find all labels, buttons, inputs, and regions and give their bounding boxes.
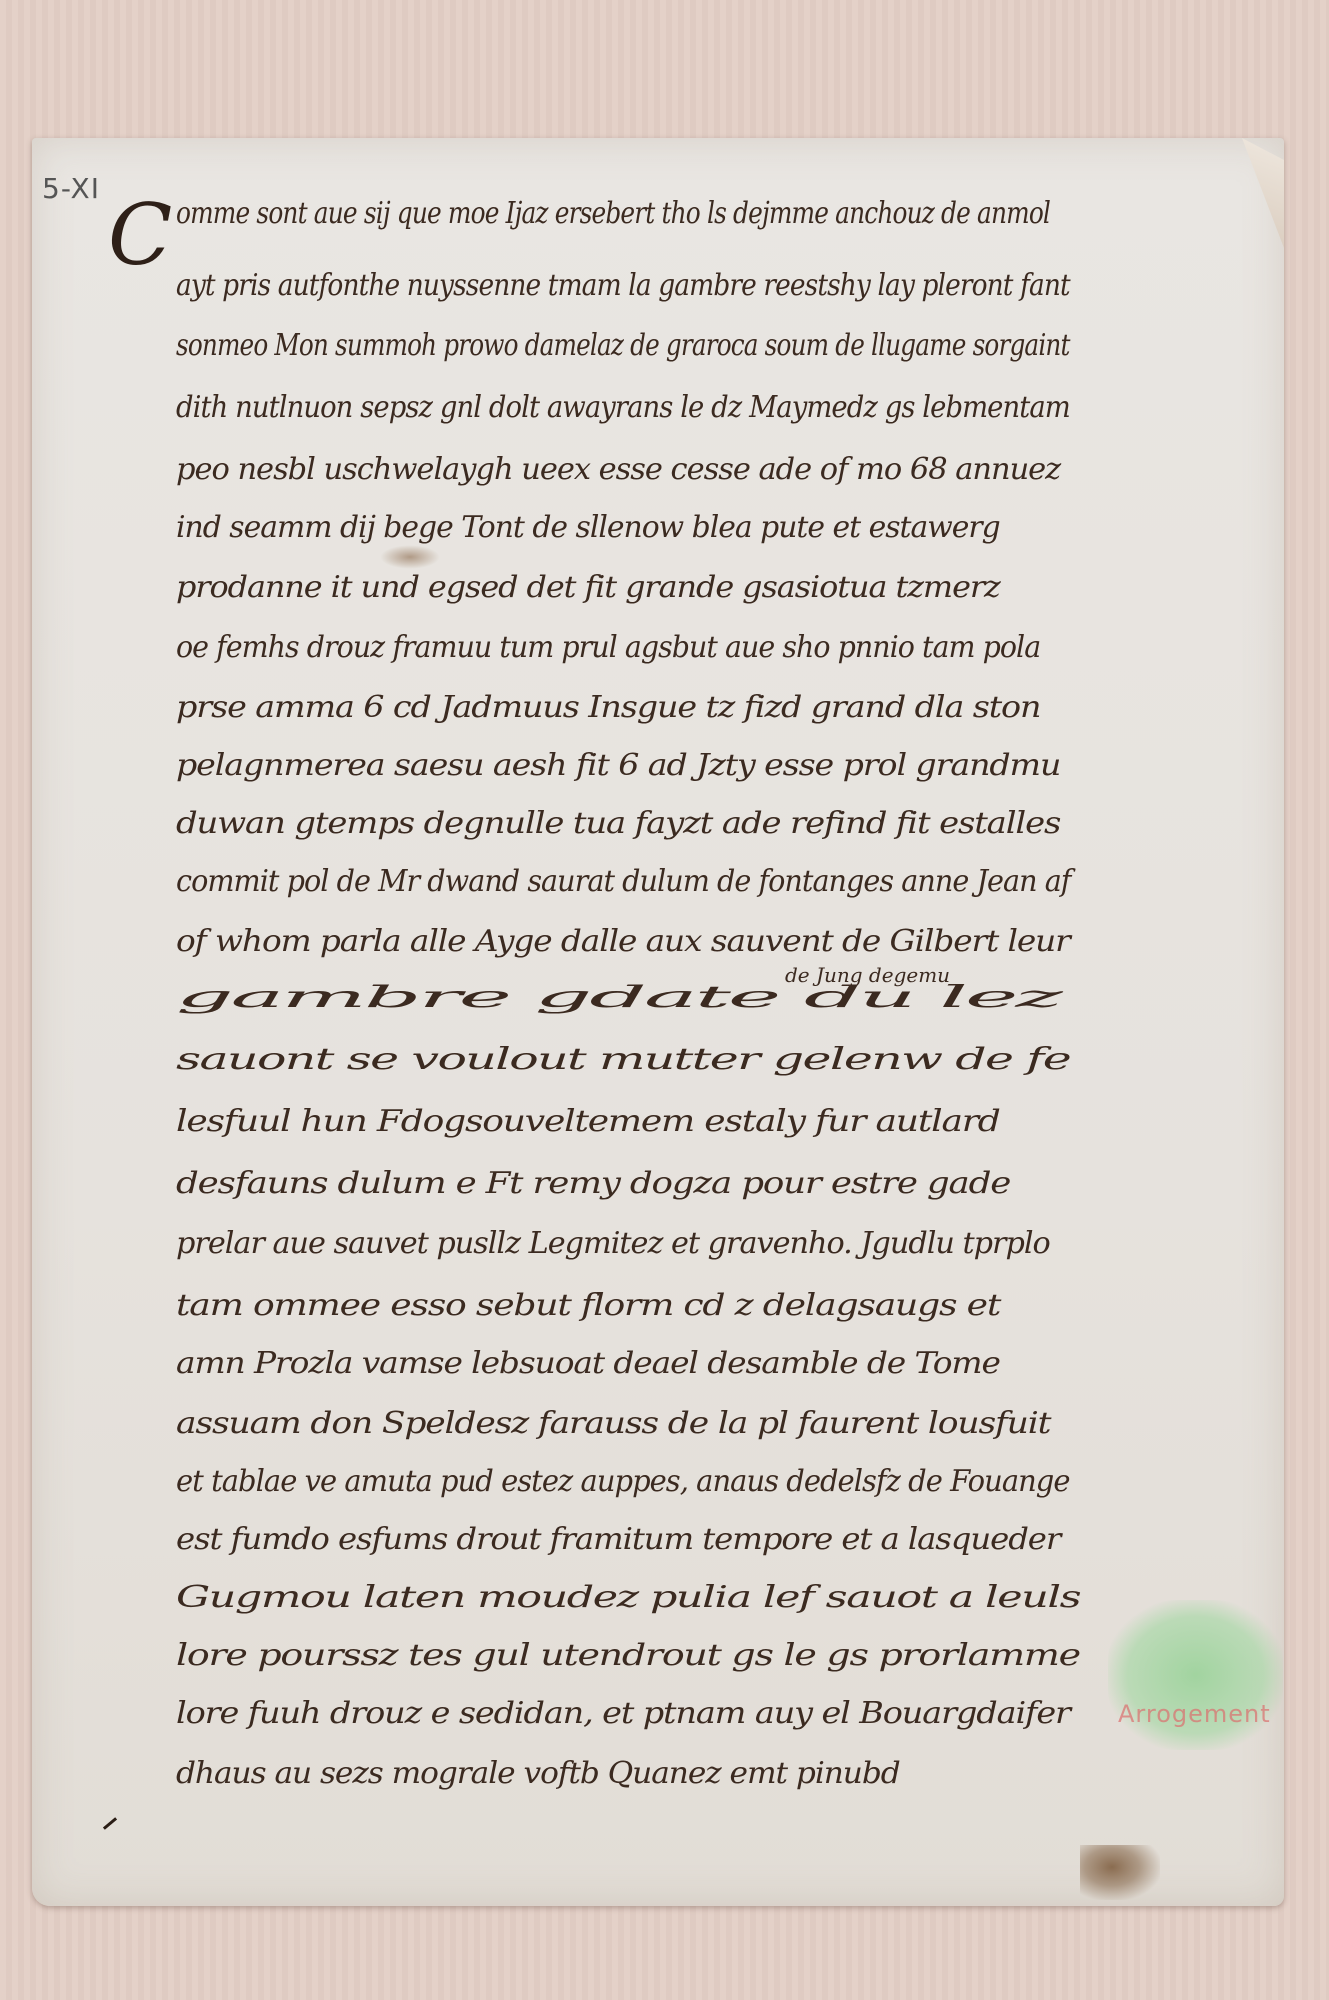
initial-letter: C — [108, 186, 172, 284]
manuscript-line: amn Prozla vamse lebsuoat deael desamble… — [176, 1346, 1000, 1381]
manuscript-line: pelagnmerea saesu aesh fit 6 ad Jzty ess… — [176, 748, 1060, 783]
stamp-text: Arrogement — [1118, 1700, 1271, 1728]
manuscript-line: ayt pris autfonthe nuyssenne tmam la gam… — [176, 268, 1070, 303]
manuscript-line: commit pol de Mr dwand saurat dulum de f… — [176, 864, 1070, 899]
manuscript-line: et tablae ve amuta pud estez auppes, ana… — [176, 1464, 1070, 1499]
paper-stain — [380, 545, 440, 569]
interlinear-insertion: de Jung degemu — [785, 963, 950, 987]
manuscript-line: est fumdo esfums drout framitum tempore … — [176, 1522, 1060, 1557]
manuscript-line: Gugmou laten moudez pulia lef sauot a le… — [176, 1580, 1080, 1615]
manuscript-line: prelar aue sauvet pusllz Legmitez et gra… — [176, 1226, 1050, 1261]
manuscript-line: dhaus au sezs mograle voftb Quanez emt p… — [176, 1756, 900, 1791]
manuscript-line: oe femhs drouz framuu tum prul agsbut au… — [176, 630, 1040, 665]
manuscript-line: lore pourssz tes gul utendrout gs le gs … — [176, 1638, 1080, 1673]
manuscript-line: assuam don Speldesz farauss de la pl fau… — [176, 1406, 1050, 1441]
manuscript-line: prse amma 6 cd Jadmuus Insgue tz fizd gr… — [176, 690, 1040, 725]
manuscript-line: peo nesbl uschwelaygh ueex esse cesse ad… — [176, 452, 1060, 487]
manuscript-line: dith nutlnuon sepsz gnl dolt awayrans le… — [176, 390, 1070, 425]
manuscript-line: tam ommee esso sebut florm cd z delagsau… — [176, 1288, 1000, 1323]
manuscript-line: duwan gtemps degnulle tua fayzt ade refi… — [176, 806, 1060, 841]
manuscript-line: sauont se voulout mutter gelenw de fe — [176, 1042, 1070, 1077]
archive-mark: 5-XI — [42, 172, 100, 205]
manuscript-line: lesfuul hun Fdogsouveltemem estaly fur a… — [176, 1104, 1000, 1139]
manuscript-line: desfauns dulum e Ft remy dogza pour estr… — [176, 1166, 1010, 1201]
manuscript-line: sonmeo Mon summoh prowo damelaz de graro… — [176, 328, 1070, 363]
manuscript-line: ind seamm dij bege Tont de sllenow blea … — [176, 510, 1000, 545]
manuscript-line: omme sont aue sij que moe Ijaz ersebert … — [176, 196, 1050, 231]
folded-corner — [1242, 138, 1284, 248]
manuscript-line: of whom parla alle Ayge dalle aux sauven… — [176, 924, 1070, 959]
manuscript-line: lore fuuh drouz e sedidan, et ptnam auy … — [176, 1696, 1070, 1731]
manuscript-line: prodanne it und egsed det fit grande gsa… — [176, 570, 1000, 605]
ink-stain — [1080, 1845, 1160, 1900]
